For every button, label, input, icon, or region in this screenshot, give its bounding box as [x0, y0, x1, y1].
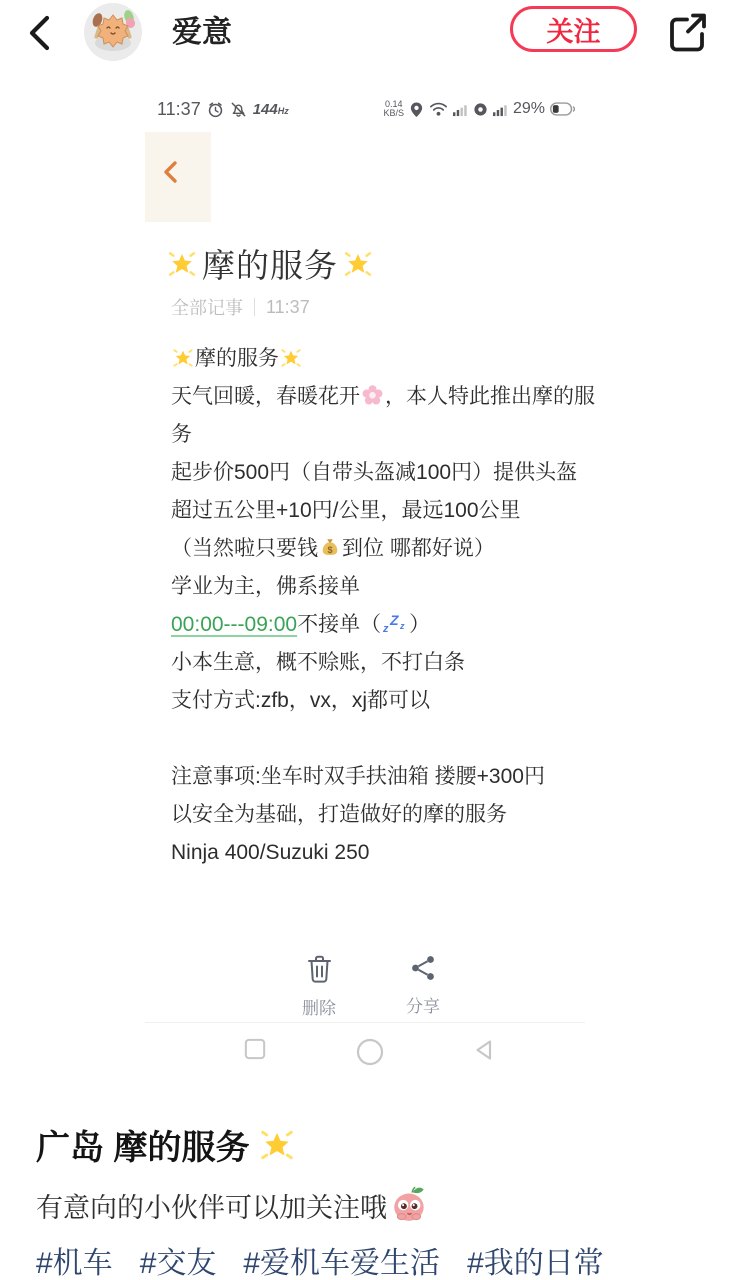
- wifi-icon: [429, 101, 448, 117]
- refresh-rate: 144Hz: [253, 101, 289, 118]
- nav-recents-icon[interactable]: [244, 1038, 266, 1060]
- username[interactable]: 爱意: [172, 0, 232, 66]
- signal-icon: [453, 102, 468, 117]
- battery-percent: 29%: [513, 100, 545, 118]
- share-label: 分享: [393, 992, 453, 1017]
- note-line-price: 起步价500円（自带头盔减100円）提供头盔: [171, 454, 581, 492]
- glowing-star-icon: [172, 347, 194, 369]
- top-bar: 爱意 关注: [0, 0, 741, 66]
- share-icon[interactable]: [666, 11, 708, 53]
- note-line-credit: 小本生意，概不赊账，不打白条: [171, 644, 581, 682]
- nav-back-icon[interactable]: [472, 1038, 496, 1062]
- note-folder[interactable]: 全部记事: [171, 294, 243, 320]
- note-line-safety: 以安全为基础，打造做好的摩的服务: [171, 796, 581, 834]
- note-back-icon[interactable]: [162, 160, 178, 184]
- note-line-blank: [171, 720, 581, 758]
- note-screenshot: 11:37 144Hz 0.14 KB/S: [145, 88, 585, 1080]
- hashtag-link[interactable]: #爱机车爱生活: [243, 1238, 440, 1280]
- back-icon[interactable]: [26, 15, 52, 51]
- meta-divider: [254, 298, 255, 316]
- glowing-star-icon: [167, 249, 197, 279]
- follow-button-label: 关注: [547, 10, 601, 49]
- peach-sticker-icon: [389, 1182, 431, 1224]
- trash-icon: [306, 954, 333, 984]
- note-time: 11:37: [266, 297, 310, 318]
- note-line-weather-1: 天气回暖，春暖花开，本人特此推出摩的服: [171, 378, 581, 416]
- note-line-bikes: Ninja 400/Suzuki 250: [171, 834, 581, 872]
- post-title: 广岛 摩的服务: [36, 1120, 295, 1169]
- battery-icon: [550, 102, 575, 116]
- glowing-star-icon: [343, 249, 373, 279]
- hashtag-link[interactable]: #机车: [36, 1238, 113, 1280]
- zzz-icon: [382, 613, 408, 635]
- post-hashtags: #机车 #交友 #爱机车爱生活 #我的日常: [36, 1238, 604, 1280]
- note-title-row: 摩的服务: [167, 240, 373, 287]
- signal-icon-2: [493, 102, 508, 117]
- status-bar: 11:37 144Hz 0.14 KB/S: [157, 94, 575, 124]
- status-time: 11:37: [157, 99, 201, 120]
- note-body[interactable]: 摩的服务 天气回暖，春暖花开，本人特此推出摩的服 务 起步价500円（自带头盔减…: [171, 340, 581, 872]
- delete-label: 删除: [289, 994, 349, 1019]
- glowing-star-icon: [259, 1127, 295, 1163]
- avatar-cat-image: [84, 3, 142, 61]
- cherry-blossom-icon: [361, 384, 384, 407]
- post-caption: 有意向的小伙伴可以加关注哦: [36, 1186, 431, 1225]
- note-title: 摩的服务: [202, 240, 338, 287]
- hashtag-link[interactable]: #我的日常: [467, 1238, 604, 1280]
- avatar[interactable]: [84, 3, 142, 61]
- hashtag-link[interactable]: #交友: [140, 1238, 217, 1280]
- delete-button[interactable]: 删除: [289, 954, 349, 1019]
- mute-icon: [230, 101, 247, 118]
- post-detail-page: $ z Z z: [0, 0, 741, 1280]
- note-meta: 全部记事 11:37: [171, 294, 310, 320]
- android-nav-bar: [145, 1022, 585, 1081]
- note-line-study: 学业为主，佛系接单: [171, 568, 581, 606]
- note-line-heading: 摩的服务: [171, 340, 581, 378]
- location-icon: [409, 101, 424, 118]
- alarm-icon: [207, 101, 224, 118]
- network-speed: 0.14 KB/S: [383, 100, 404, 118]
- volte-icon: [473, 102, 488, 117]
- note-header-block: [145, 132, 211, 222]
- note-line-payment: 支付方式:zfb，vx，xj都可以: [171, 682, 581, 720]
- money-bag-icon: [319, 537, 341, 559]
- note-line-notice: 注意事项:坐车时双手扶油箱 搂腰+300円: [171, 758, 581, 796]
- glowing-star-icon: [280, 347, 302, 369]
- note-line-weather-2: 务: [171, 416, 581, 454]
- note-share-button[interactable]: 分享: [393, 954, 453, 1017]
- note-line-schedule: 00:00---09:00不接单（）: [171, 606, 581, 644]
- note-line-distance: 超过五公里+10円/公里，最远100公里: [171, 492, 581, 530]
- follow-button[interactable]: 关注: [510, 6, 637, 52]
- note-line-money: （当然啦只要钱到位 哪都好说）: [171, 530, 581, 568]
- schedule-time-link[interactable]: 00:00---09:00: [171, 613, 297, 636]
- nav-home-icon[interactable]: [356, 1038, 384, 1066]
- share-network-icon: [409, 954, 437, 982]
